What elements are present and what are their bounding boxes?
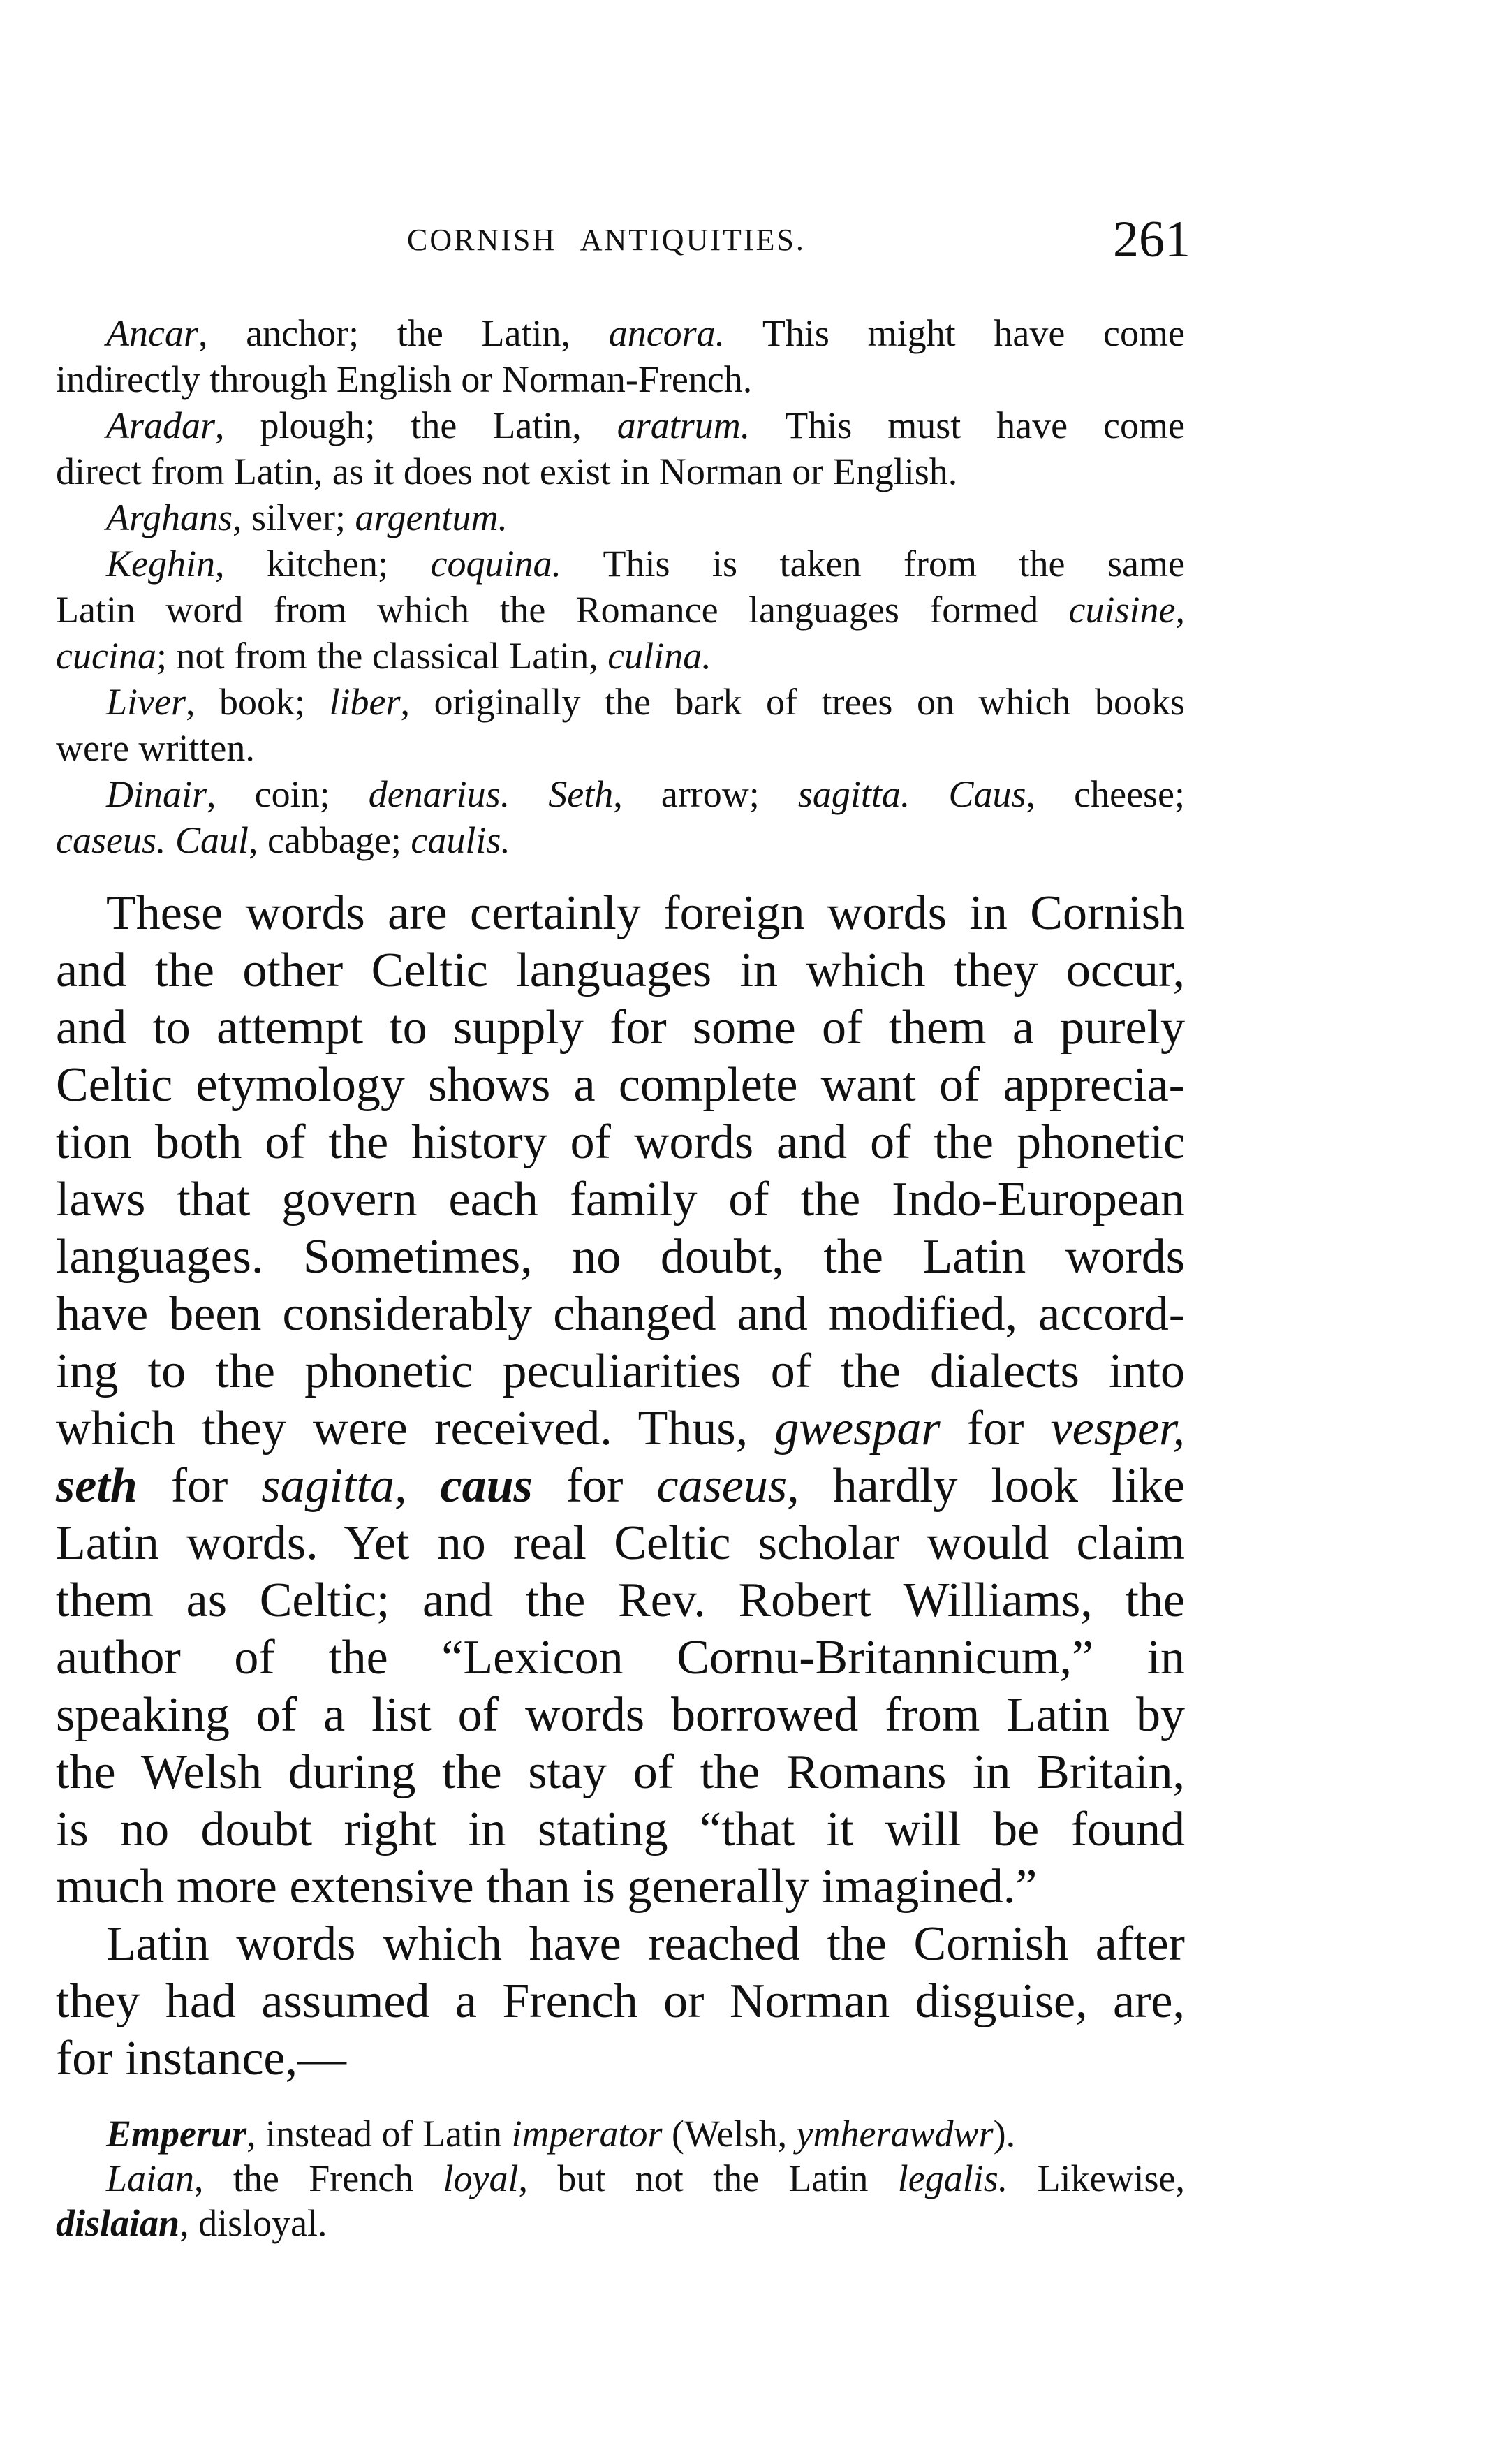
italic-term: sagitta. (798, 773, 910, 815)
text-run: This must have come (750, 404, 1185, 446)
italic-term: caseus. (56, 819, 165, 861)
text-line: for instance,— (56, 2034, 1185, 2083)
text-run: laws that govern each family of the Indo… (56, 1173, 1185, 1226)
text-run: for (533, 1459, 657, 1513)
italic-term: denarius. (369, 773, 510, 815)
text-run (510, 773, 548, 815)
text-run: , book; (186, 681, 330, 723)
text-run (165, 819, 175, 861)
text-line: Aradar, plough; the Latin, aratrum. This… (106, 406, 1185, 444)
italic-term: caus (441, 1459, 533, 1513)
text-run: and the other Celtic languages in which … (56, 944, 1185, 997)
italic-term: Caus (949, 773, 1026, 815)
text-run: , kitchen; (215, 543, 431, 585)
text-run: , arrow; (613, 773, 798, 815)
text-run: direct from Latin, as it does not exist … (56, 450, 957, 492)
text-line: speaking of a list of words borrowed fro… (56, 1691, 1185, 1740)
text-line: Emperur, instead of Latin imperator (Wel… (106, 2115, 1185, 2153)
text-run: These words are certainly foreign words … (106, 886, 1185, 940)
italic-term: caulis. (411, 819, 510, 861)
italic-term: ymherawdwr (797, 2113, 994, 2155)
text-run: speaking of a list of words borrowed fro… (56, 1688, 1185, 1742)
text-line: Dinair, coin; denarius. Seth, arrow; sag… (106, 775, 1185, 813)
text-run: tion both of the history of words and of… (56, 1115, 1185, 1169)
italic-term: culina. (607, 635, 711, 677)
italic-term: aratrum. (617, 404, 751, 446)
italic-term: cuisine, (1069, 589, 1185, 631)
text-run: , disloyal. (179, 2202, 327, 2244)
italic-term: dislaian (56, 2202, 179, 2244)
text-line: Keghin, kitchen; coquina. This is taken … (106, 545, 1185, 582)
text-run: , originally the bark of trees on which … (401, 681, 1185, 723)
running-title: CORNISH ANTIQUITIES. (407, 225, 806, 256)
text-run: indirectly through English or Norman-Fre… (56, 358, 752, 400)
text-run: , instead of Latin (246, 2113, 511, 2155)
italic-term: argentum. (355, 497, 508, 538)
text-line: Latin words which have reached the Corni… (106, 1920, 1185, 1969)
text-run: which they were received. Thus, (56, 1402, 774, 1455)
italic-term: legalis. (898, 2157, 1008, 2199)
text-run: for instance,— (56, 2032, 346, 2085)
italic-term: cucina (56, 635, 156, 677)
text-run: , anchor; the Latin, (198, 312, 609, 354)
text-line: indirectly through English or Norman-Fre… (56, 360, 1185, 398)
text-run: ; not from the classical Latin, (156, 635, 607, 677)
text-line: author of the “Lexicon Cornu-Britannicum… (56, 1634, 1185, 1682)
italic-term: Seth (548, 773, 613, 815)
text-line: languages. Sometimes, no doubt, the Lati… (56, 1233, 1185, 1282)
text-run: Latin word from which the Romance langua… (56, 589, 1069, 631)
text-line: caseus. Caul, cabbage; caulis. (56, 821, 1185, 859)
italic-term: Keghin (106, 543, 215, 585)
text-line: Liver, book; liber, originally the bark … (106, 683, 1185, 721)
text-line: Latin words. Yet no real Celtic scholar … (56, 1519, 1185, 1568)
book-page: CORNISH ANTIQUITIES. 261 Ancar, anchor; … (0, 0, 1497, 2464)
text-run: , plough; the Latin, (215, 404, 617, 446)
text-line: were written. (56, 729, 1185, 767)
text-run: , cheese; (1026, 773, 1185, 815)
text-line: tion both of the history of words and of… (56, 1118, 1185, 1167)
text-line: Ancar, anchor; the Latin, ancora. This m… (106, 314, 1185, 352)
italic-term: Caul (175, 819, 249, 861)
italic-term: caseus, (657, 1459, 799, 1513)
text-run: Latin words which have reached the Corni… (106, 1917, 1185, 1971)
text-run: them as Celtic; and the Rev. Robert Will… (56, 1574, 1185, 1627)
text-line: have been considerably changed and modif… (56, 1290, 1185, 1339)
text-run: This is taken from the same (561, 543, 1185, 585)
text-run: author of the “Lexicon Cornu-Britannicum… (56, 1631, 1185, 1685)
text-line: is no doubt right in stating “that it wi… (56, 1805, 1185, 1854)
text-run: , cabbage; (249, 819, 411, 861)
text-run: for (941, 1402, 1051, 1455)
text-run: This might have come (725, 312, 1185, 354)
text-run: , coin; (207, 773, 369, 815)
italic-term: imperator (511, 2113, 662, 2155)
italic-term: seth (56, 1459, 138, 1513)
text-run: much more extensive than is generally im… (56, 1860, 1037, 1914)
text-line: much more extensive than is generally im… (56, 1863, 1185, 1912)
text-line: laws that govern each family of the Indo… (56, 1175, 1185, 1224)
text-run: the Welsh during the stay of the Romans … (56, 1745, 1185, 1799)
text-run: ing to the phonetic peculiarities of the… (56, 1344, 1185, 1398)
page-number: 261 (1113, 214, 1190, 265)
text-run: have been considerably changed and modif… (56, 1287, 1185, 1341)
italic-term: gwespar (774, 1402, 940, 1455)
text-line: Latin word from which the Romance langua… (56, 591, 1185, 629)
text-run: is no doubt right in stating “that it wi… (56, 1803, 1185, 1856)
text-run: , silver; (233, 497, 355, 538)
text-line: they had assumed a French or Norman disg… (56, 1977, 1185, 2026)
italic-term: sagitta, (261, 1459, 406, 1513)
text-run: Celtic etymology shows a complete want o… (56, 1058, 1185, 1112)
text-line: These words are certainly foreign words … (106, 889, 1185, 938)
text-run: languages. Sometimes, no doubt, the Lati… (56, 1230, 1185, 1284)
text-run (407, 1459, 441, 1513)
text-line: and the other Celtic languages in which … (56, 946, 1185, 995)
italic-term: coquina. (431, 543, 561, 585)
text-run: and to attempt to supply for some of the… (56, 1001, 1185, 1055)
text-line: seth for sagitta, caus for caseus, hardl… (56, 1462, 1185, 1511)
italic-term: Arghans (106, 497, 233, 538)
text-line: Celtic etymology shows a complete want o… (56, 1061, 1185, 1110)
text-run: were written. (56, 727, 255, 769)
text-line: Laian, the French loyal, but not the Lat… (106, 2159, 1185, 2197)
text-line: ing to the phonetic peculiarities of the… (56, 1347, 1185, 1396)
text-run: , the French (194, 2157, 443, 2199)
italic-term: Liver (106, 681, 186, 723)
text-run: for (138, 1459, 262, 1513)
text-line: cucina; not from the classical Latin, cu… (56, 637, 1185, 675)
italic-term: vesper, (1051, 1402, 1185, 1455)
text-run: (Welsh, (662, 2113, 796, 2155)
italic-term: loyal (443, 2157, 519, 2199)
text-line: and to attempt to supply for some of the… (56, 1004, 1185, 1053)
text-line: Arghans, silver; argentum. (106, 499, 1185, 536)
text-line: dislaian, disloyal. (56, 2204, 1185, 2242)
text-run (910, 773, 948, 815)
text-run: , but not the Latin (519, 2157, 898, 2199)
text-line: direct from Latin, as it does not exist … (56, 453, 1185, 490)
italic-term: Aradar (106, 404, 215, 446)
text-run: hardly look like (799, 1459, 1185, 1513)
text-run: they had assumed a French or Norman disg… (56, 1974, 1185, 2028)
italic-term: Emperur (106, 2113, 246, 2155)
italic-term: Dinair (106, 773, 207, 815)
text-run: Latin words. Yet no real Celtic scholar … (56, 1516, 1185, 1570)
text-line: which they were received. Thus, gwespar … (56, 1405, 1185, 1453)
italic-term: Laian (106, 2157, 194, 2199)
text-line: them as Celtic; and the Rev. Robert Will… (56, 1576, 1185, 1625)
italic-term: ancora. (609, 312, 725, 354)
text-line: the Welsh during the stay of the Romans … (56, 1748, 1185, 1797)
text-run: Likewise, (1008, 2157, 1185, 2199)
italic-term: liber (330, 681, 401, 723)
italic-term: Ancar (106, 312, 198, 354)
text-run: ). (994, 2113, 1015, 2155)
